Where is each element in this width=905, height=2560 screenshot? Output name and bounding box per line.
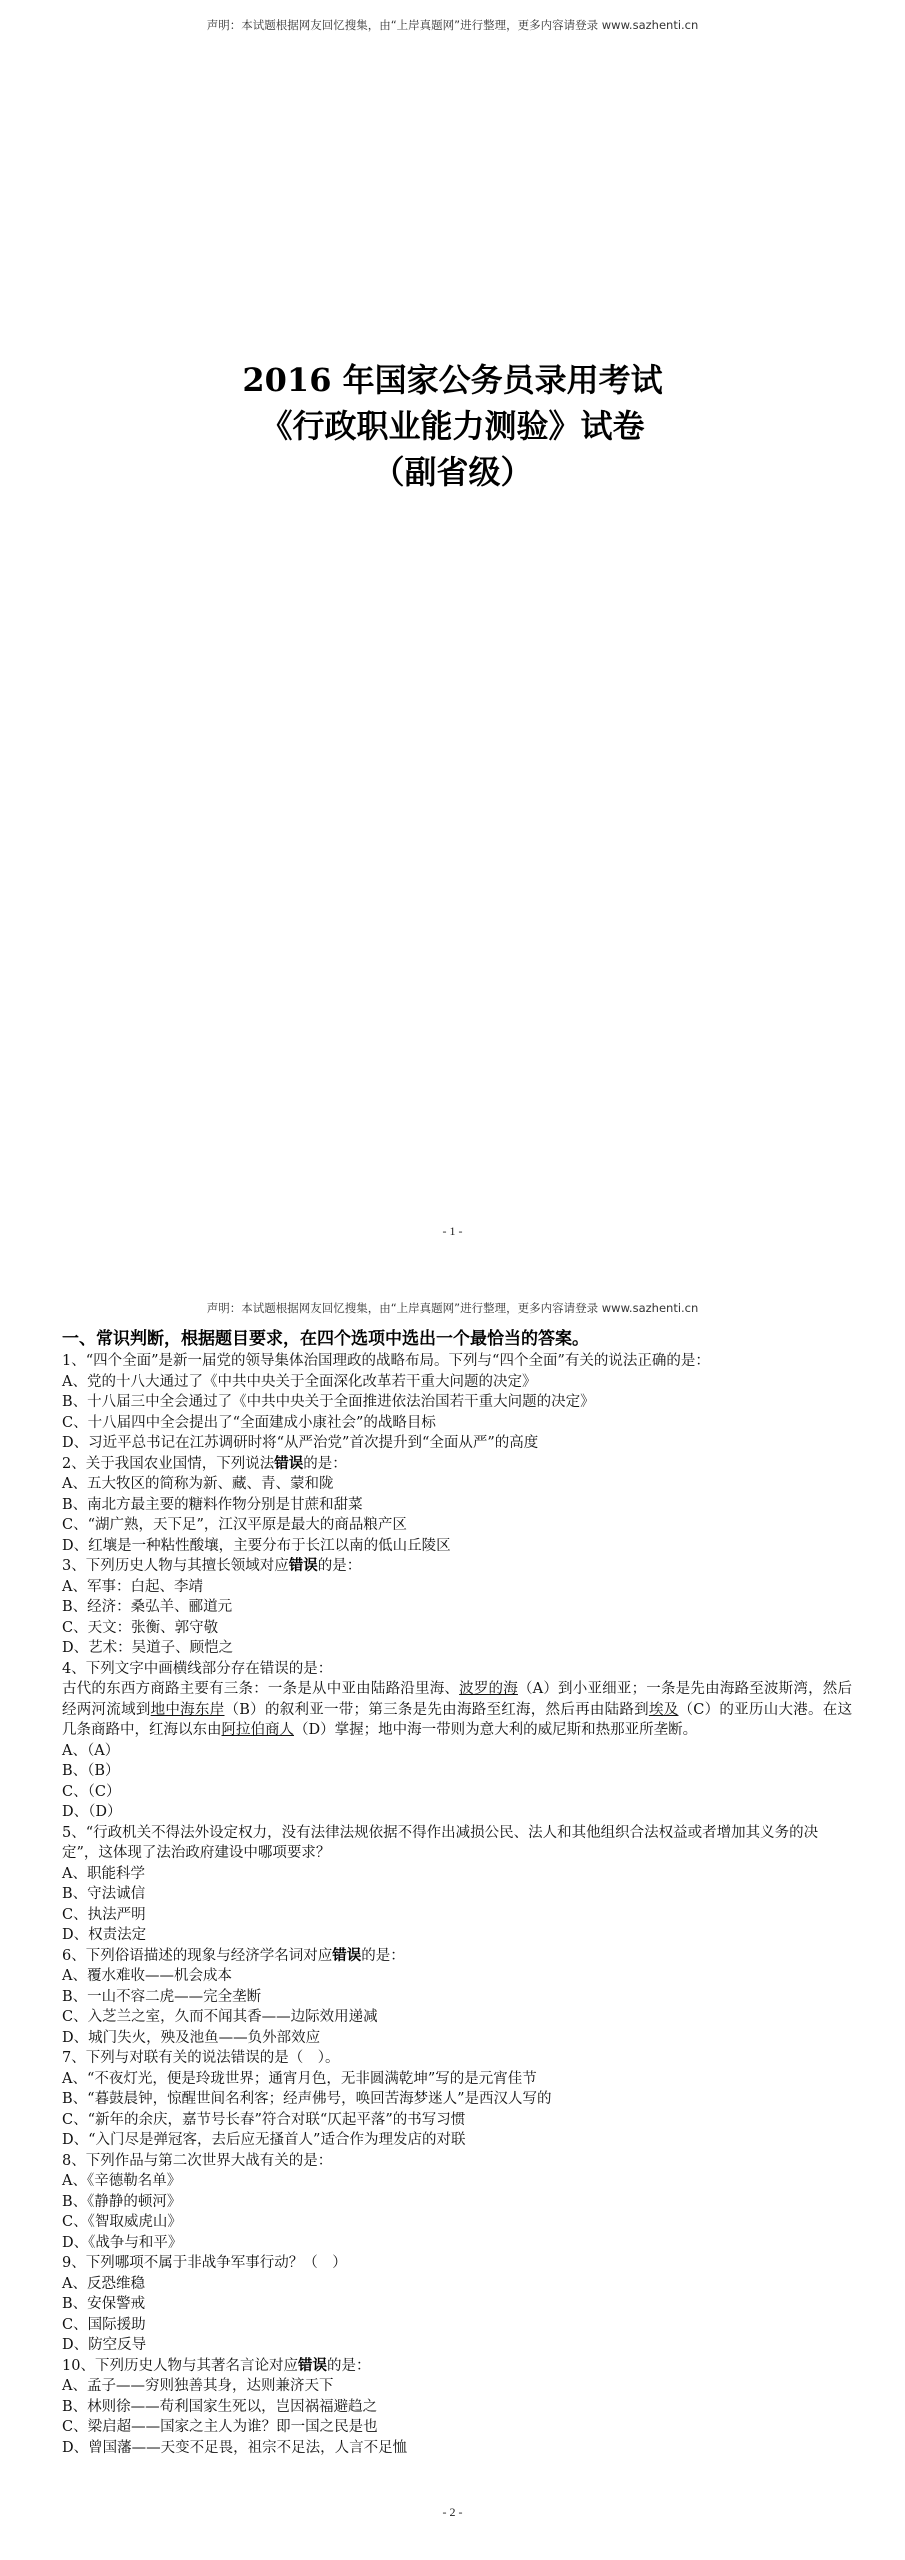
question-7: 7、下列与对联有关的说法错误的是（ ）。 A、“不夜灯光，便是玲珑世界；通宵月色… xyxy=(62,2048,852,2151)
option-a: A、（A） xyxy=(62,1741,852,1762)
header-notice: 声明：本试题根据网友回忆搜集，由“上岸真题网”进行整理，更多内容请登录 www.… xyxy=(0,17,905,33)
option-c: C、“新年的余庆，嘉节号长春”符合对联“仄起平落”的书写习惯 xyxy=(62,2110,852,2131)
question-passage: 古代的东西方商路主要有三条：一条是从中亚由陆路沿里海、波罗的海（A）到小亚细亚；… xyxy=(62,1679,852,1741)
option-b: B、十八届三中全会通过了《中共中央关于全面推进依法治国若干重大问题的决定》 xyxy=(62,1392,852,1413)
page-2: 声明：本试题根据网友回忆搜集，由“上岸真题网”进行整理，更多内容请登录 www.… xyxy=(0,1264,905,2560)
option-a: A、《辛德勒名单》 xyxy=(62,2171,852,2192)
option-c: C、执法严明 xyxy=(62,1905,852,1926)
passage-text: （D）掌握；地中海一带则为意大利的威尼斯和热那亚所垄断。 xyxy=(294,1722,697,1738)
option-c: C、《智取威虎山》 xyxy=(62,2212,852,2233)
question-stem: 1、“四个全面”是新一届党的领导集体治国理政的战略布局。下列与“四个全面”有关的… xyxy=(62,1351,852,1372)
question-5: 5、“行政机关不得法外设定权力，没有法律法规依据不得作出减损公民、法人和其他组织… xyxy=(62,1823,852,1946)
stem-emphasis: 错误 xyxy=(298,2357,327,2374)
option-b: B、《静静的顿河》 xyxy=(62,2192,852,2213)
stem-text: 的是： xyxy=(361,1948,405,1964)
question-stem: 6、下列俗语描述的现象与经济学名词对应错误的是： xyxy=(62,1946,852,1967)
page-1: 声明：本试题根据网友回忆搜集，由“上岸真题网”进行整理，更多内容请登录 www.… xyxy=(0,0,905,1264)
option-a: A、“不夜灯光，便是玲珑世界；通宵月色，无非圆满乾坤”写的是元宵佳节 xyxy=(62,2069,852,2090)
question-stem: 5、“行政机关不得法外设定权力，没有法律法规依据不得作出减损公民、法人和其他组织… xyxy=(62,1823,852,1864)
option-c: C、（C） xyxy=(62,1782,852,1803)
underlined-term-b: 地中海东岸 xyxy=(151,1702,225,1718)
stem-text: 的是： xyxy=(327,2358,371,2374)
option-d: D、城门失火，殃及池鱼——负外部效应 xyxy=(62,2028,852,2049)
option-c: C、天文：张衡、郭守敬 xyxy=(62,1618,852,1639)
question-stem: 2、关于我国农业国情，下列说法错误的是： xyxy=(62,1454,852,1475)
option-a: A、职能科学 xyxy=(62,1864,852,1885)
option-d: D、红壤是一种粘性酸壤，主要分布于长江以南的低山丘陵区 xyxy=(62,1536,852,1557)
option-c: C、国际援助 xyxy=(62,2315,852,2336)
question-list: 一、常识判断，根据题目要求，在四个选项中选出一个最恰当的答案。 1、“四个全面”… xyxy=(62,1328,852,2458)
option-a: A、孟子——穷则独善其身，达则兼济天下 xyxy=(62,2376,852,2397)
option-d: D、艺术：吴道子、顾恺之 xyxy=(62,1638,852,1659)
stem-emphasis: 错误 xyxy=(332,1947,361,1964)
option-b: B、（B） xyxy=(62,1761,852,1782)
stem-text: 10、下列历史人物与其著名言论对应 xyxy=(62,2358,298,2374)
option-c: C、入芝兰之室，久而不闻其香——边际效用递减 xyxy=(62,2007,852,2028)
question-stem: 10、下列历史人物与其著名言论对应错误的是： xyxy=(62,2356,852,2377)
question-1: 1、“四个全面”是新一届党的领导集体治国理政的战略布局。下列与“四个全面”有关的… xyxy=(62,1351,852,1454)
option-b: B、林则徐——苟利国家生死以，岂因祸福避趋之 xyxy=(62,2397,852,2418)
option-d: D、防空反导 xyxy=(62,2335,852,2356)
option-b: B、安保警戒 xyxy=(62,2294,852,2315)
option-a: A、军事：白起、李靖 xyxy=(62,1577,852,1598)
option-b: B、“暮鼓晨钟，惊醒世间名利客；经声佛号，唤回苦海梦迷人”是西汉人写的 xyxy=(62,2089,852,2110)
stem-text: 的是： xyxy=(318,1558,362,1574)
header-notice: 声明：本试题根据网友回忆搜集，由“上岸真题网”进行整理，更多内容请登录 www.… xyxy=(0,1300,905,1316)
title-line-3: （副省级） xyxy=(0,450,905,494)
option-a: A、党的十八大通过了《中共中央关于全面深化改革若干重大问题的决定》 xyxy=(62,1372,852,1393)
option-c: C、梁启超——国家之主人为谁？即一国之民是也 xyxy=(62,2417,852,2438)
question-stem: 8、下列作品与第二次世界大战有关的是： xyxy=(62,2151,852,2172)
question-stem: 4、下列文字中画横线部分存在错误的是： xyxy=(62,1659,852,1680)
stem-text: 3、下列历史人物与其擅长领域对应 xyxy=(62,1558,289,1574)
question-2: 2、关于我国农业国情，下列说法错误的是： A、五大牧区的简称为新、藏、青、蒙和陇… xyxy=(62,1454,852,1557)
question-8: 8、下列作品与第二次世界大战有关的是： A、《辛德勒名单》 B、《静静的顿河》 … xyxy=(62,2151,852,2254)
page-number: - 2 - xyxy=(0,2505,905,2520)
option-d: D、（D） xyxy=(62,1802,852,1823)
option-a: A、反恐维稳 xyxy=(62,2274,852,2295)
passage-text: （B）的叙利亚一带；第三条是先由海路至红海，然后再由陆路到 xyxy=(224,1702,648,1718)
question-9: 9、下列哪项不属于非战争军事行动？（ ） A、反恐维稳 B、安保警戒 C、国际援… xyxy=(62,2253,852,2356)
stem-text: 2、关于我国农业国情，下列说法 xyxy=(62,1456,274,1472)
title-line-1: 2016 年国家公务员录用考试 xyxy=(0,358,905,402)
option-b: B、南北方最主要的糖料作物分别是甘蔗和甜菜 xyxy=(62,1495,852,1516)
question-10: 10、下列历史人物与其著名言论对应错误的是： A、孟子——穷则独善其身，达则兼济… xyxy=(62,2356,852,2459)
question-stem: 7、下列与对联有关的说法错误的是（ ）。 xyxy=(62,2048,852,2069)
question-6: 6、下列俗语描述的现象与经济学名词对应错误的是： A、覆水难收——机会成本 B、… xyxy=(62,1946,852,2049)
option-a: A、覆水难收——机会成本 xyxy=(62,1966,852,1987)
question-3: 3、下列历史人物与其擅长领域对应错误的是： A、军事：白起、李靖 B、经济：桑弘… xyxy=(62,1556,852,1659)
option-c: C、“湖广熟，天下足”，江汉平原是最大的商品粮产区 xyxy=(62,1515,852,1536)
title-line-2: 《行政职业能力测验》试卷 xyxy=(0,404,905,448)
option-d: D、权责法定 xyxy=(62,1925,852,1946)
underlined-term-d: 阿拉伯商人 xyxy=(222,1722,295,1738)
underlined-term-c: 埃及 xyxy=(649,1702,679,1718)
underlined-term-a: 波罗的海 xyxy=(459,1681,518,1697)
option-d: D、曾国藩——天变不足畏，祖宗不足法，人言不足恤 xyxy=(62,2438,852,2459)
option-b: B、守法诚信 xyxy=(62,1884,852,1905)
option-c: C、十八届四中全会提出了“全面建成小康社会”的战略目标 xyxy=(62,1413,852,1434)
section-heading: 一、常识判断，根据题目要求，在四个选项中选出一个最恰当的答案。 xyxy=(62,1328,852,1350)
stem-emphasis: 错误 xyxy=(289,1557,318,1574)
option-b: B、经济：桑弘羊、郦道元 xyxy=(62,1597,852,1618)
option-d: D、“入门尽是弹冠客，去后应无搔首人”适合作为理发店的对联 xyxy=(62,2130,852,2151)
question-4: 4、下列文字中画横线部分存在错误的是： 古代的东西方商路主要有三条：一条是从中亚… xyxy=(62,1659,852,1823)
stem-emphasis: 错误 xyxy=(274,1455,303,1472)
question-stem: 9、下列哪项不属于非战争军事行动？（ ） xyxy=(62,2253,852,2274)
stem-text: 6、下列俗语描述的现象与经济学名词对应 xyxy=(62,1948,332,1964)
page-number: - 1 - xyxy=(0,1224,905,1239)
option-d: D、《战争与和平》 xyxy=(62,2233,852,2254)
question-stem: 3、下列历史人物与其擅长领域对应错误的是： xyxy=(62,1556,852,1577)
option-d: D、习近平总书记在江苏调研时将“从严治党”首次提升到“全面从严”的高度 xyxy=(62,1433,852,1454)
passage-text: 古代的东西方商路主要有三条：一条是从中亚由陆路沿里海、 xyxy=(62,1681,459,1697)
option-b: B、一山不容二虎——完全垄断 xyxy=(62,1987,852,2008)
stem-text: 的是： xyxy=(303,1456,347,1472)
option-a: A、五大牧区的简称为新、藏、青、蒙和陇 xyxy=(62,1474,852,1495)
